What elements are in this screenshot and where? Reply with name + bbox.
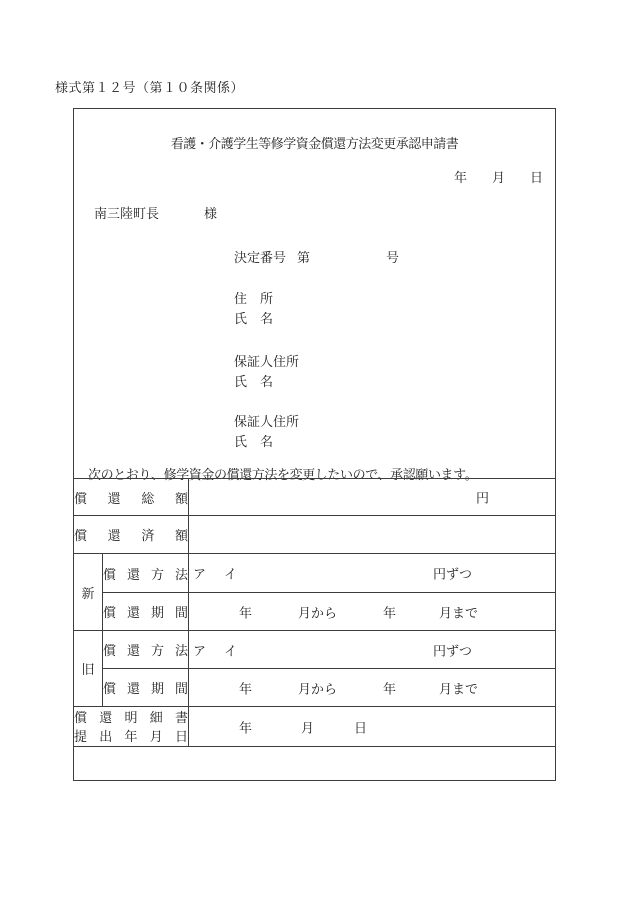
- new-period-year-from: 年: [239, 602, 252, 621]
- table-row: [74, 747, 556, 781]
- date-month-label: 月: [492, 167, 505, 186]
- table-row: 旧 償 還 方 法 ア イ 円ずつ: [74, 631, 556, 669]
- new-method-option-a: ア: [193, 564, 206, 583]
- statement-date-label-line1: 償 還 明 細 書: [74, 708, 188, 727]
- addressee-name: 南三陸町長: [94, 206, 159, 221]
- old-period-year-to: 年: [383, 678, 396, 697]
- new-period-label: 償 還 期 間: [103, 593, 189, 631]
- new-period-value-cell: 年 月から 年 月まで: [189, 593, 556, 631]
- group-old-label: 旧: [74, 631, 103, 707]
- new-method-option-b: イ: [224, 564, 237, 583]
- old-method-option-b: イ: [224, 640, 237, 659]
- old-period-label: 償 還 期 間: [103, 669, 189, 707]
- decision-number-label: 決定番号: [234, 250, 286, 265]
- empty-row-cell: [74, 747, 556, 781]
- guarantor1-address-label: 保証人住所: [234, 351, 299, 370]
- table-row: 償 還 総 額 円: [74, 479, 556, 516]
- table-row: 償 還 明 細 書 提 出 年 月 日 年 月 日: [74, 707, 556, 747]
- new-method-unit: 円ずつ: [433, 564, 472, 583]
- form-title: 看護・介護学生等修学資金償還方法変更承認申請書: [74, 133, 555, 152]
- table-row: 償 還 済 額: [74, 516, 556, 554]
- date-day-label: 日: [530, 167, 543, 186]
- statement-day-label: 日: [354, 717, 367, 736]
- old-method-value-cell: ア イ 円ずつ: [189, 631, 556, 669]
- repayment-table: 償 還 総 額 円 償 還 済 額 新 償 還 方 法 ア イ 円ずつ 償: [73, 478, 556, 781]
- total-amount-value-cell: 円: [189, 479, 556, 516]
- old-period-value-cell: 年 月から 年 月まで: [189, 669, 556, 707]
- applicant-address-label: 住 所: [234, 288, 273, 307]
- new-period-month-to: 月まで: [439, 602, 478, 621]
- new-period-year-to: 年: [383, 602, 396, 621]
- guarantor2-address-label: 保証人住所: [234, 411, 299, 430]
- old-period-month-from: 月から: [298, 678, 337, 697]
- date-line: 年 月 日: [454, 167, 543, 186]
- decision-number-prefix: 第: [297, 250, 310, 265]
- addressee-honorific: 様: [204, 206, 217, 221]
- guarantor1-name-label: 氏 名: [234, 371, 273, 390]
- statement-date-label: 償 還 明 細 書 提 出 年 月 日: [74, 707, 189, 747]
- repaid-amount-label: 償 還 済 額: [74, 516, 189, 554]
- form-number: 様式第１２号（第１０条関係）: [55, 77, 244, 96]
- old-method-label: 償 還 方 法: [103, 631, 189, 669]
- table-row: 新 償 還 方 法 ア イ 円ずつ: [74, 554, 556, 593]
- new-method-label: 償 還 方 法: [103, 554, 189, 593]
- group-new-label: 新: [74, 554, 103, 631]
- statement-year-label: 年: [239, 717, 252, 736]
- new-period-month-from: 月から: [298, 602, 337, 621]
- decision-number-line: 決定番号第号: [234, 247, 555, 266]
- statement-date-label-line2: 提 出 年 月 日: [74, 727, 188, 746]
- total-amount-unit: 円: [476, 488, 489, 507]
- table-row: 償 還 期 間 年 月から 年 月まで: [74, 593, 556, 631]
- applicant-name-label: 氏 名: [234, 308, 273, 327]
- form-box: 看護・介護学生等修学資金償還方法変更承認申請書 年 月 日 南三陸町長様 決定番…: [73, 108, 556, 781]
- old-method-option-a: ア: [193, 640, 206, 659]
- date-year-label: 年: [454, 167, 467, 186]
- total-amount-label: 償 還 総 額: [74, 479, 189, 516]
- old-period-year-from: 年: [239, 678, 252, 697]
- decision-number-suffix: 号: [386, 247, 399, 266]
- old-period-month-to: 月まで: [439, 678, 478, 697]
- table-row: 償 還 期 間 年 月から 年 月まで: [74, 669, 556, 707]
- document-page: 様式第１２号（第１０条関係） 看護・介護学生等修学資金償還方法変更承認申請書 年…: [0, 0, 630, 903]
- guarantor2-name-label: 氏 名: [234, 431, 273, 450]
- new-method-value-cell: ア イ 円ずつ: [189, 554, 556, 593]
- addressee-line: 南三陸町長様: [94, 203, 217, 222]
- statement-month-label: 月: [301, 717, 314, 736]
- old-method-unit: 円ずつ: [433, 640, 472, 659]
- repaid-amount-value-cell: [189, 516, 556, 554]
- statement-date-value-cell: 年 月 日: [189, 707, 556, 747]
